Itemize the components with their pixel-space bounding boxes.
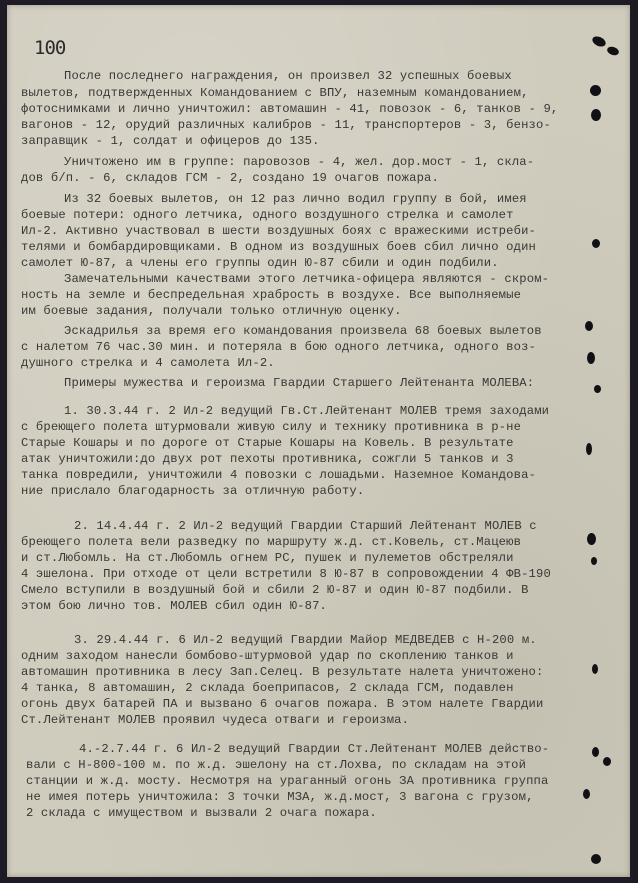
text-line: вылетов, подтвержденных Командованием с …	[21, 85, 529, 101]
punch-hole-mark	[591, 34, 607, 48]
text-line: вали с Н-800-100 м. по ж.д. эшелону на с…	[26, 757, 526, 773]
punch-hole-mark	[591, 557, 597, 565]
punch-hole-mark	[603, 757, 611, 766]
text-line: Смело вступили в воздушный бой и сбили 2…	[21, 582, 529, 598]
text-line: 2 склада с имуществом и вызвали 2 очага …	[26, 805, 377, 821]
text-line: им боевые задания, получали только отлич…	[21, 303, 402, 319]
text-line: Уничтожено им в группе: паровозов - 4, ж…	[64, 154, 534, 170]
text-line: с бреющего полета штурмовали живую силу …	[21, 419, 521, 435]
punch-hole-mark	[594, 385, 601, 393]
text-line: 3. 29.4.44 г. 6 Ил-2 ведущий Гвардии Май…	[74, 632, 537, 648]
text-line: этом бою лично тов. МОЛЕВ сбил один Ю-87…	[21, 598, 327, 614]
text-line: ние прислало благодарность за отличную р…	[21, 483, 364, 499]
text-line: 4 танка, 8 автомашин, 2 склада боеприпас…	[21, 680, 514, 696]
text-line: бреющего полета вели разведку по маршрут…	[21, 534, 521, 550]
text-line: Из 32 боевых вылетов, он 12 раз лично во…	[64, 191, 527, 207]
text-line: одним заходом нанесли бомбово-штурмовой …	[21, 648, 514, 664]
text-line: боевые потери: одного летчика, одного во…	[21, 207, 514, 223]
text-line: атак уничтожили:до двух рот пехоты проти…	[21, 451, 514, 467]
text-line: не имея потерь уничтожила: 3 точки МЗА, …	[26, 789, 534, 805]
text-line: телями и бомбардировщиками. В одном из в…	[21, 239, 536, 255]
text-line: Ст.Лейтенант МОЛЕВ проявил чудеса отваги…	[21, 712, 409, 728]
punch-hole-mark	[587, 352, 595, 364]
text-line: душного стрелка и 4 самолета Ил-2.	[21, 355, 275, 371]
text-line: 2. 14.4.44 г. 2 Ил-2 ведущий Гвардии Ста…	[74, 518, 537, 534]
punch-hole-mark	[585, 321, 593, 331]
examples-heading: Примеры мужества и героизма Гвардии Стар…	[64, 375, 534, 391]
text-line: автомашин противника в лесу Зап.Селец. В…	[21, 664, 543, 680]
punch-hole-mark	[592, 664, 598, 674]
text-line: с налетом 76 час.30 мин. и потеряла в бо…	[21, 339, 536, 355]
text-line: самолет Ю-87, а члены его группы один Ю-…	[21, 255, 499, 271]
text-line: 4 эшелона. При отходе от цели встретили …	[21, 566, 551, 582]
text-line: Эскадрилья за время его командования про…	[64, 323, 542, 339]
punch-hole-mark	[591, 109, 601, 121]
punch-hole-mark	[592, 747, 599, 757]
punch-hole-mark	[592, 239, 600, 248]
text-line: станции и ж.д. мосту. Несмотря на ураган…	[26, 773, 548, 789]
punch-hole-mark	[590, 85, 601, 96]
punch-hole-mark	[606, 45, 620, 57]
text-line: фотоснимками и лично уничтожил: автомаши…	[21, 101, 558, 117]
text-line: танка повредили, уничтожили 4 повозки с …	[21, 467, 536, 483]
text-line: Ил-2. Активно участвовал в шести воздушн…	[21, 223, 536, 239]
punch-hole-mark	[587, 533, 596, 545]
punch-hole-mark	[586, 443, 592, 455]
text-line: Замечательными качествами этого летчика-…	[64, 271, 549, 287]
text-line: После последнего награждения, он произве…	[64, 68, 512, 84]
punch-hole-mark	[591, 854, 601, 864]
text-line: и ст.Любомль. На ст.Любомль огнем РС, пу…	[21, 550, 514, 566]
text-line: Старые Кошары и по дороге от Старые Коша…	[21, 435, 514, 451]
page-number: 100	[34, 37, 65, 59]
text-line: огонь двух батарей ПА и вызвано 6 очагов…	[21, 696, 543, 712]
text-line: дов б/п. - 6, складов ГСМ - 2, создано 1…	[21, 170, 439, 186]
text-line: ность на земле и беспредельная храбрость…	[21, 287, 521, 303]
text-line: вагонов - 12, орудий различных калибров …	[21, 117, 551, 133]
document-page: 100 После последнего награждения, он про…	[7, 5, 630, 877]
text-line: заправщик - 1, солдат и офицеров до 135.	[21, 133, 320, 149]
punch-hole-mark	[583, 789, 590, 799]
text-line: 1. 30.3.44 г. 2 Ил-2 ведущий Гв.Ст.Лейте…	[64, 403, 549, 419]
text-line: 4.-2.7.44 г. 6 Ил-2 ведущий Гвардии Ст.Л…	[79, 741, 549, 757]
